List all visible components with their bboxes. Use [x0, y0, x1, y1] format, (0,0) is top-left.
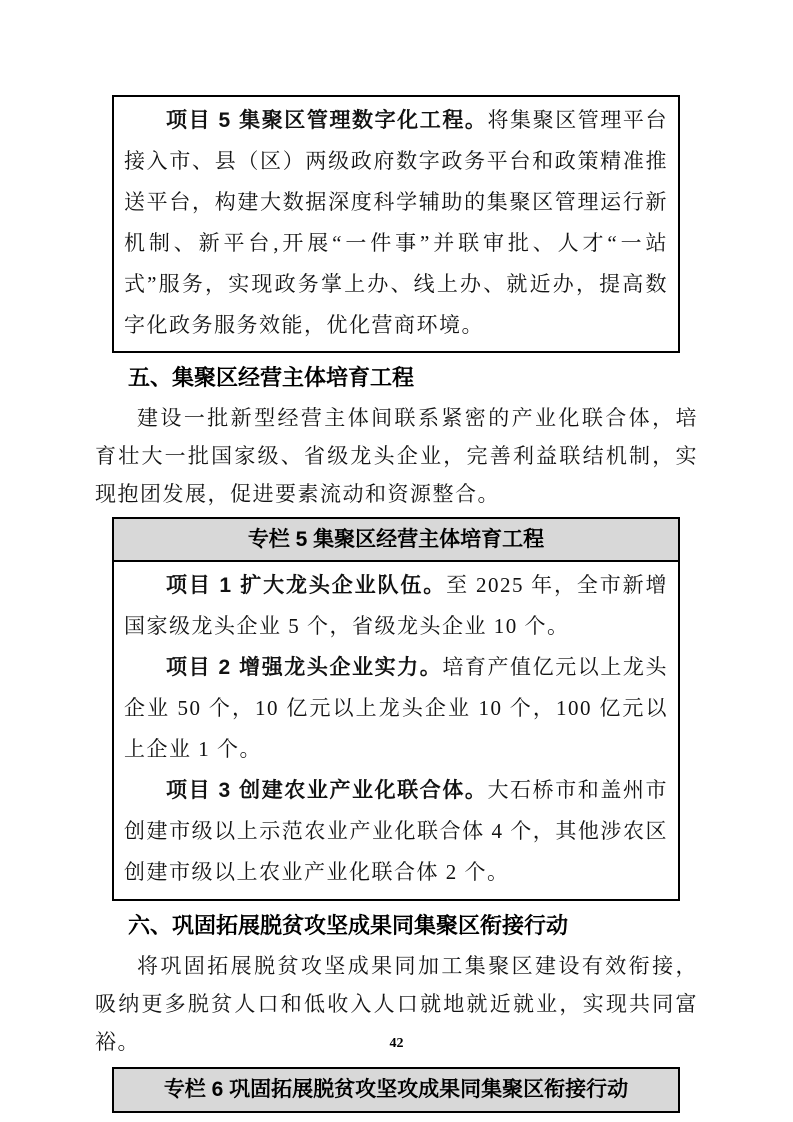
- panel5-body: 项目 1 扩大龙头企业队伍。至 2025 年，全市新增国家级龙头企业 5 个，省…: [114, 562, 678, 899]
- section6-heading: 六、巩固拓展脱贫攻坚成果同集聚区衔接行动: [95, 911, 698, 941]
- project5-box: 项目 5 集聚区管理数字化工程。将集聚区管理平台接入市、县（区）两级政府数字政务…: [112, 95, 680, 353]
- panel5-item-3-lead: 项目 3 创建农业产业化联合体。: [166, 779, 487, 802]
- panel5-box: 专栏 5 集聚区经营主体培育工程 项目 1 扩大龙头企业队伍。至 2025 年，…: [112, 517, 680, 901]
- panel5-title: 专栏 5 集聚区经营主体培育工程: [114, 519, 678, 562]
- panel5-item-1-lead: 项目 1 扩大龙头企业队伍。: [166, 574, 446, 597]
- project5-body-text: 将集聚区管理平台接入市、县（区）两级政府数字政务平台和政策精准推送平台，构建大数…: [124, 108, 668, 337]
- project5-paragraph: 项目 5 集聚区管理数字化工程。将集聚区管理平台接入市、县（区）两级政府数字政务…: [124, 100, 668, 346]
- panel5-item-2-lead: 项目 2 增强龙头企业实力。: [166, 656, 442, 679]
- document-page: 项目 5 集聚区管理数字化工程。将集聚区管理平台接入市、县（区）两级政府数字政务…: [0, 0, 793, 1122]
- panel5-item-1: 项目 1 扩大龙头企业队伍。至 2025 年，全市新增国家级龙头企业 5 个，省…: [124, 565, 668, 647]
- panel5-item-2: 项目 2 增强龙头企业实力。培育产值亿元以上龙头企业 50 个，10 亿元以上龙…: [124, 647, 668, 770]
- panel6-title-banner: 专栏 6 巩固拓展脱贫攻坚攻成果同集聚区衔接行动: [112, 1067, 680, 1113]
- section5-heading: 五、集聚区经营主体培育工程: [95, 363, 698, 393]
- project5-lead: 项目 5 集聚区管理数字化工程。: [166, 109, 487, 132]
- panel5-item-3: 项目 3 创建农业产业化联合体。大石桥市和盖州市创建市级以上示范农业产业化联合体…: [124, 770, 668, 893]
- section5-paragraph: 建设一批新型经营主体间联系紧密的产业化联合体，培育壮大一批国家级、省级龙头企业，…: [95, 399, 698, 513]
- page-number: 42: [0, 1036, 793, 1052]
- page-content: 项目 5 集聚区管理数字化工程。将集聚区管理平台接入市、县（区）两级政府数字政务…: [0, 0, 793, 1113]
